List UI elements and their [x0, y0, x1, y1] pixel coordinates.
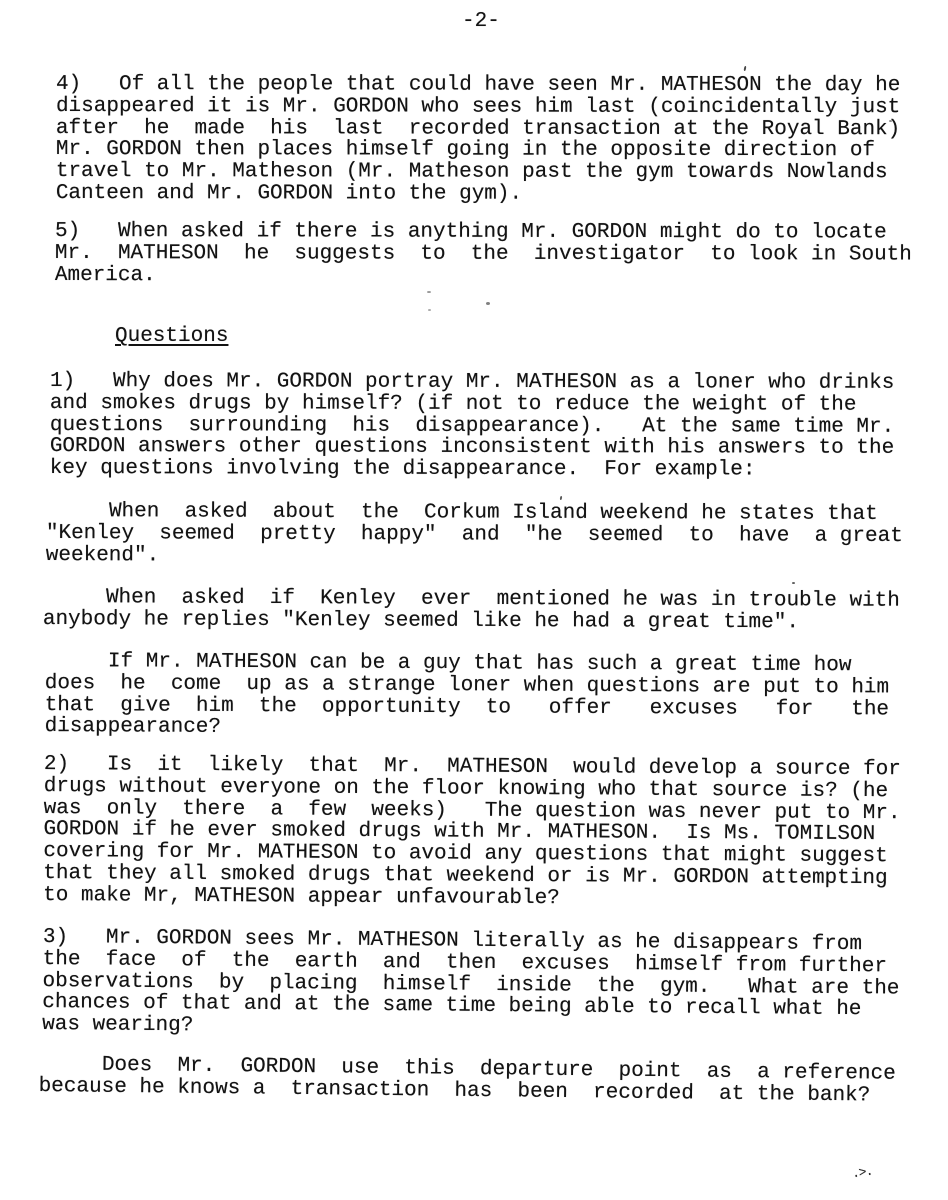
text-line: Mr. MATHESON he suggests to the investig…	[55, 243, 912, 266]
scanned-document-page: -2- 4) Of all the people that could have…	[0, 0, 948, 1200]
paragraph-departure-point: Does Mr. GORDON use this departure point…	[39, 1054, 896, 1107]
scan-speck	[428, 309, 431, 311]
text-line: travel to Mr. Matheson (Mr. Matheson pas…	[56, 161, 900, 184]
text-line: weekend".	[46, 545, 903, 570]
page-number-label: -2-	[462, 11, 500, 33]
paragraph-question-3: 3) Mr. GORDON sees Mr. MATHESON literall…	[42, 927, 900, 1043]
scan-speck	[486, 302, 490, 305]
text-line: GORDON answers other questions inconsist…	[50, 436, 894, 460]
text-line: after he made his last recorded transact…	[56, 118, 900, 141]
page-number: -2-	[462, 11, 500, 33]
text-line: America.	[55, 265, 912, 288]
paragraph-point-5: 5) When asked if there is anything Mr. G…	[55, 221, 912, 288]
questions-heading: Questions	[115, 326, 228, 348]
text-line: questions surrounding his disappearance)…	[50, 415, 894, 439]
scan-speck	[744, 66, 747, 71]
text-line: 1) Why does Mr. GORDON portray Mr. MATHE…	[50, 371, 894, 395]
scan-speck	[560, 496, 563, 500]
text-line: key questions involving the disappearanc…	[50, 458, 894, 482]
questions-heading-label: Questions	[115, 326, 228, 348]
text-line: 4) Of all the people that could have see…	[56, 74, 900, 97]
text-line: Canteen and Mr. GORDON into the gym).	[56, 183, 900, 206]
paragraph-point-4: 4) Of all the people that could have see…	[56, 74, 901, 206]
scan-speck	[792, 582, 795, 584]
text-line: 5) When asked if there is anything Mr. G…	[55, 221, 912, 244]
scan-speck	[889, 120, 892, 122]
scan-artifact-bottom-right: .>.	[851, 1165, 873, 1182]
text-line: disappeared it is Mr. GORDON who sees hi…	[56, 96, 900, 119]
paragraph-question-1: 1) Why does Mr. GORDON portray Mr. MATHE…	[50, 371, 895, 482]
text-line: "Kenley seemed pretty happy" and "he see…	[46, 523, 903, 548]
text-line: Mr. GORDON then places himself going in …	[56, 139, 900, 162]
text-line: anybody he replies "Kenley seemed like h…	[43, 609, 900, 635]
paragraph-quote-kenley-trouble: When asked if Kenley ever mentioned he w…	[43, 587, 900, 634]
paragraph-if-matheson-great-time: If Mr. MATHESON can be a guy that has su…	[45, 651, 890, 743]
paragraph-question-2: 2) Is it likely that Mr. MATHESON would …	[43, 754, 901, 912]
scan-speck	[427, 291, 431, 293]
paragraph-quote-corkum-island: When asked about the Corkum Island weeke…	[46, 501, 903, 569]
text-line: and smokes drugs by himself? (if not to …	[50, 393, 894, 417]
